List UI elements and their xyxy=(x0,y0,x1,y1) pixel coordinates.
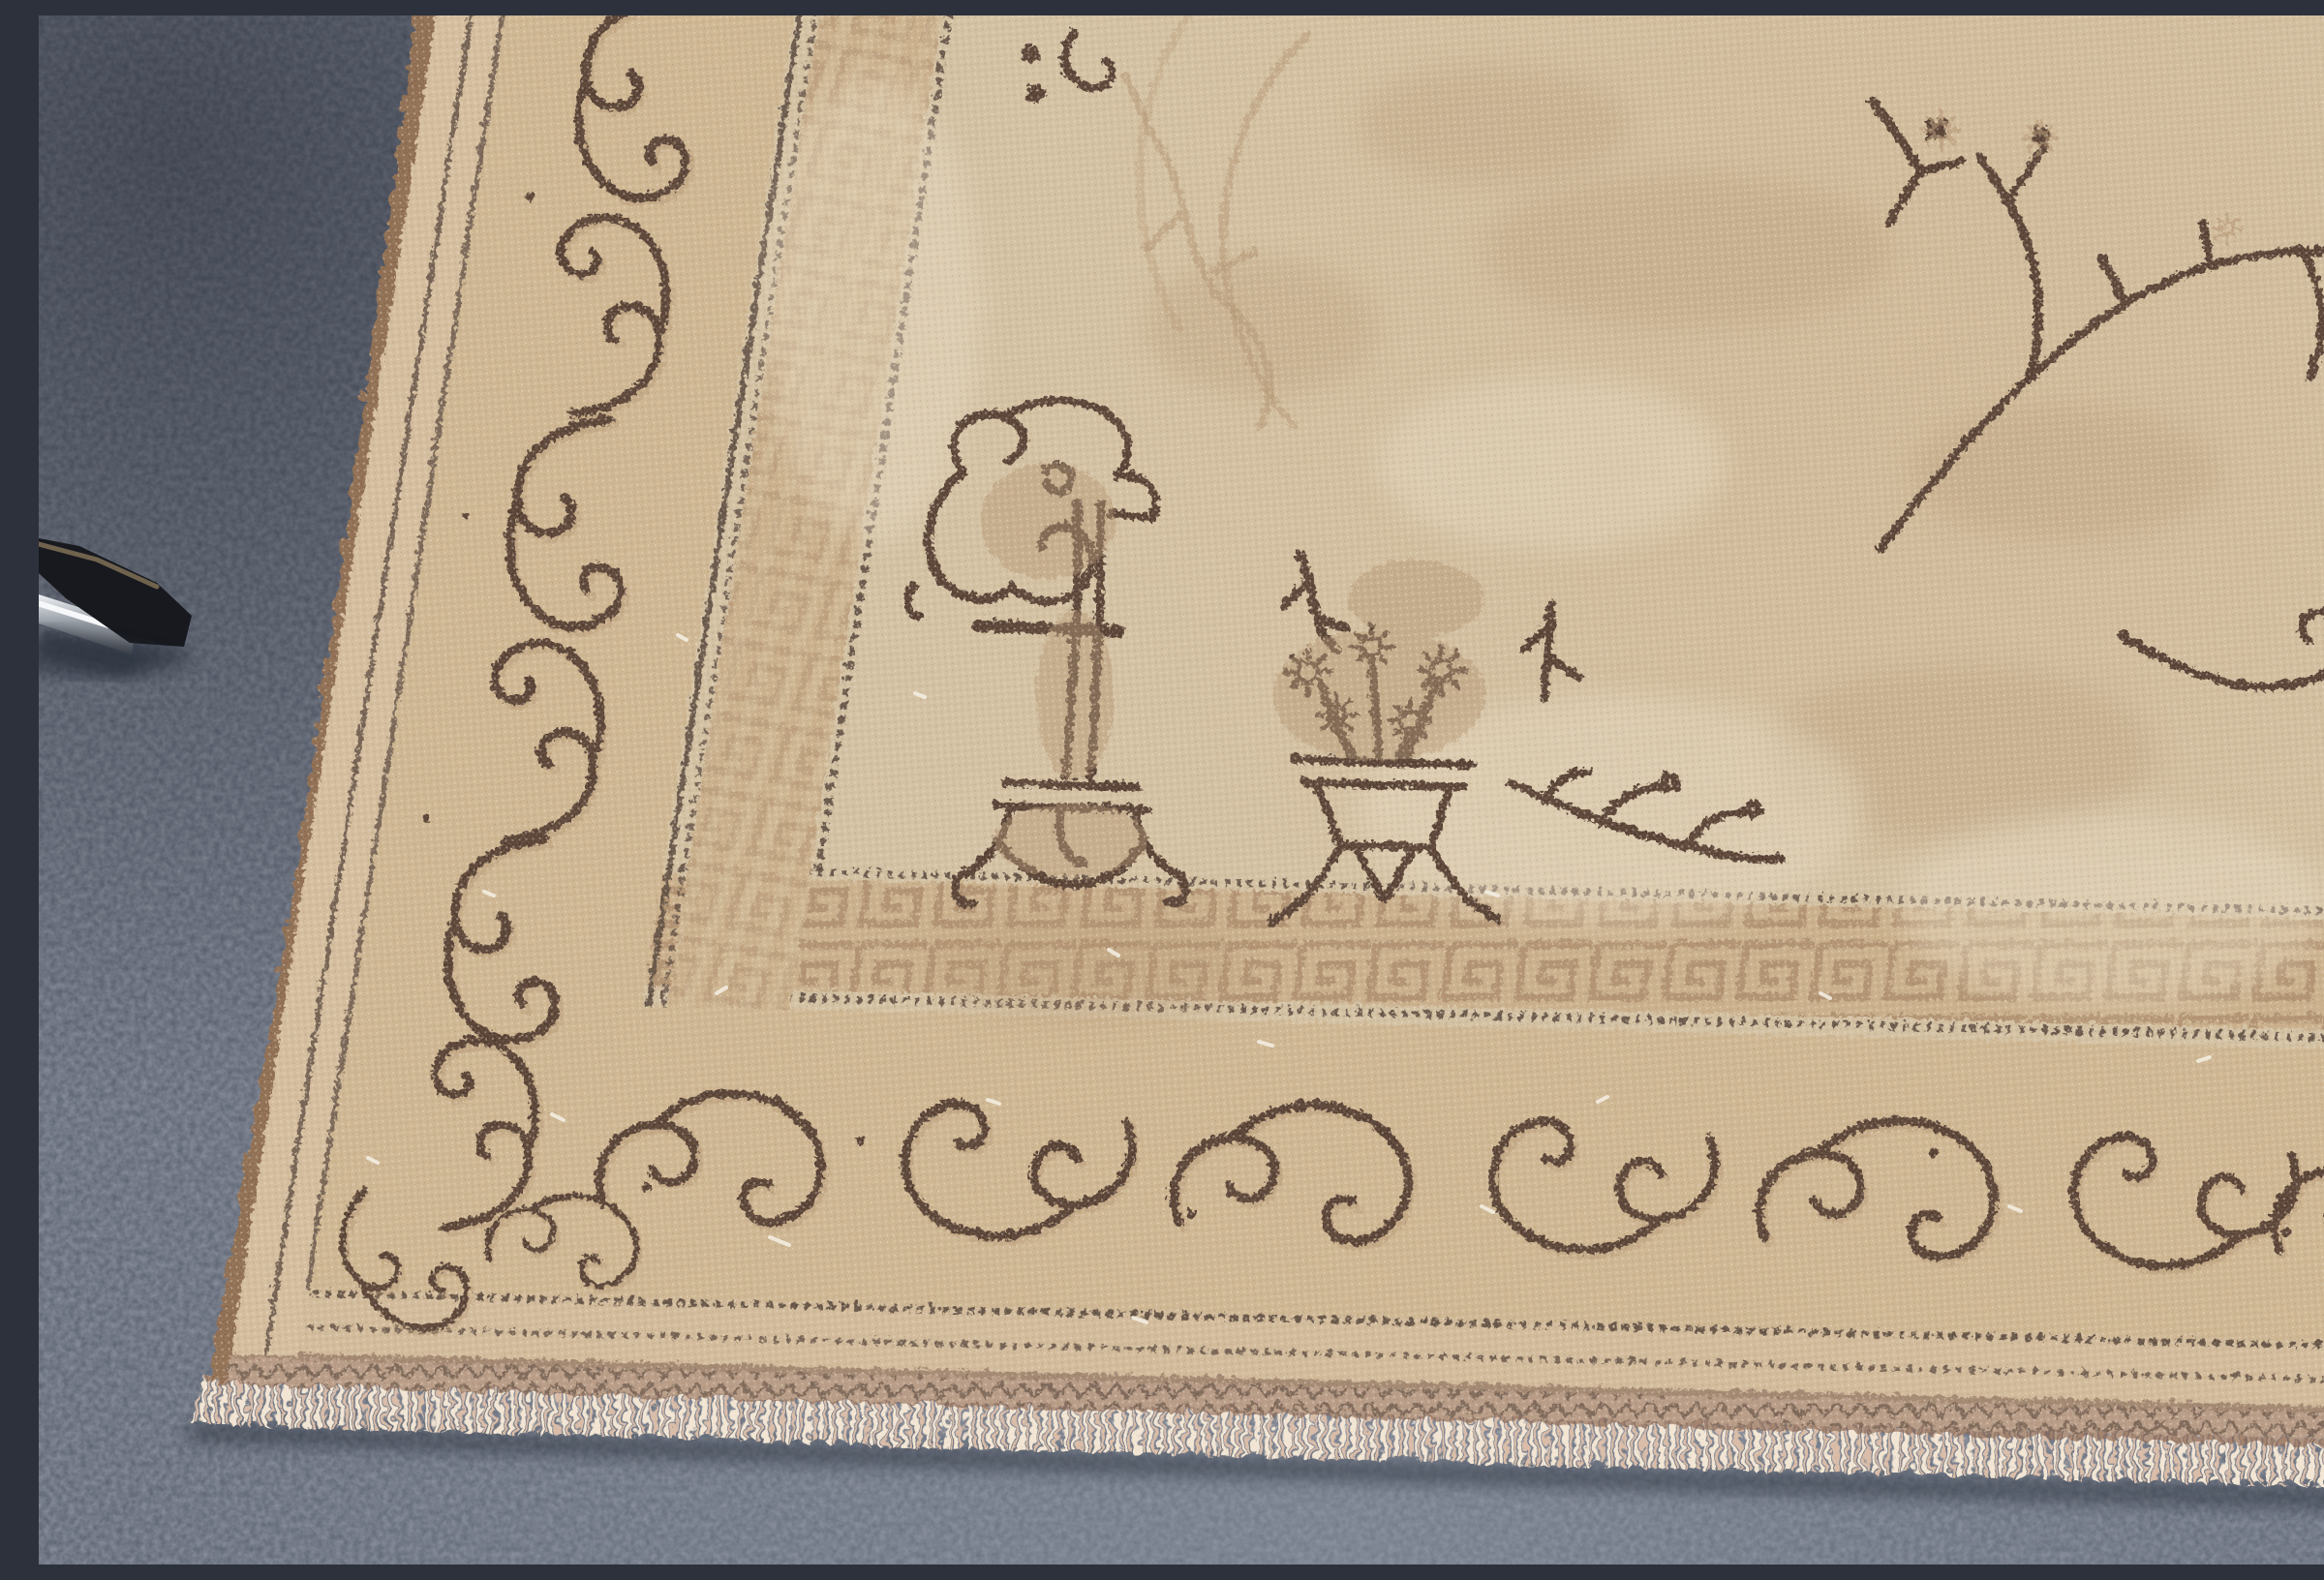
photo-canvas xyxy=(39,15,2324,1565)
abrash-shading xyxy=(39,15,2324,1487)
rug-photo xyxy=(39,15,2324,1565)
rug xyxy=(39,15,2324,1487)
